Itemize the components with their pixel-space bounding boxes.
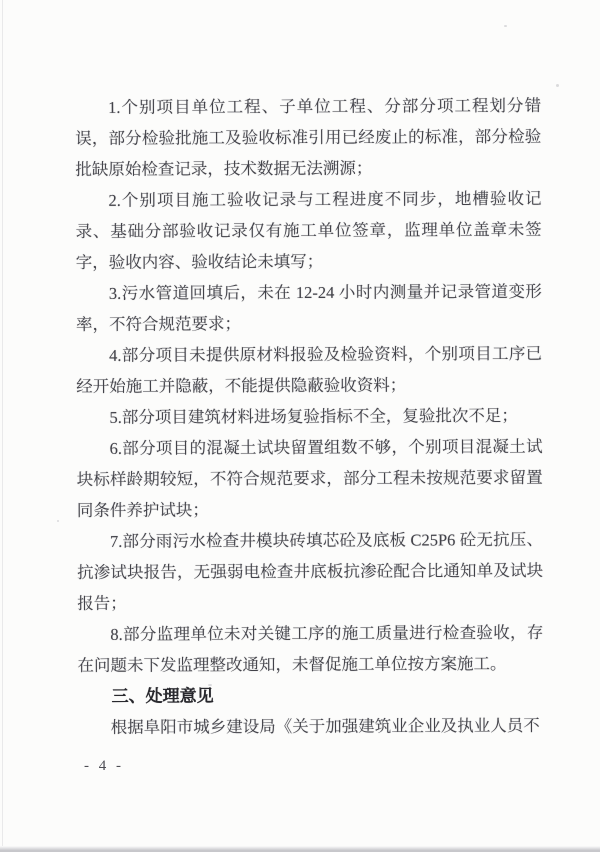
scanned-document-page: 1.个别项目单位工程、子单位工程、分部分项工程划分错误，部分检验批施工及验收标准… [0,0,600,852]
finding-item-4: 4.部分项目未提供原材料报验及检验资料，个别项目工序已经开始施工并隐蔽，不能提供… [76,338,542,402]
finding-item-5: 5.部分项目建筑材料进场复验指标不全，复验批次不足； [76,400,542,433]
scan-speck [556,84,559,87]
finding-item-8: 8.部分监理单位未对关键工序的施工质量进行检查验收，存在问题未下发监理整改通知，… [77,617,543,681]
scan-speck [208,684,212,686]
finding-item-6: 6.部分项目的混凝土试块留置组数不够，个别项目混凝土试块标样龄期较短，不符合规范… [76,431,542,526]
scan-speck [225,572,228,574]
scan-edge-left [2,0,3,852]
finding-item-3: 3.污水管道回填后，未在 12-24 小时内测量并记录管道变形率，不符合规范要求… [76,276,542,340]
page-number: - 4 - [84,758,124,775]
finding-item-1: 1.个别项目单位工程、子单位工程、分部分项工程划分错误，部分检验批施工及验收标准… [75,90,541,185]
finding-item-2: 2.个别项目施工验收记录与工程进度不同步，地槽验收记录、基础分部验收记录仅有施工… [75,183,541,278]
scan-speck [504,25,507,27]
scan-speck [57,520,59,522]
section-heading: 三、处理意见 [78,679,544,712]
scan-edge-bottom [0,846,600,852]
finding-item-7: 7.部分雨污水检查井模块砖填芯砼及底板 C25P6 砼无抗压、抗渗试块报告，无强… [77,524,543,619]
document-body: 1.个别项目单位工程、子单位工程、分部分项工程划分错误，部分检验批施工及验收标准… [75,90,544,743]
closing-paragraph: 根据阜阳市城乡建设局《关于加强建筑业企业及执业人员不 [78,710,544,743]
